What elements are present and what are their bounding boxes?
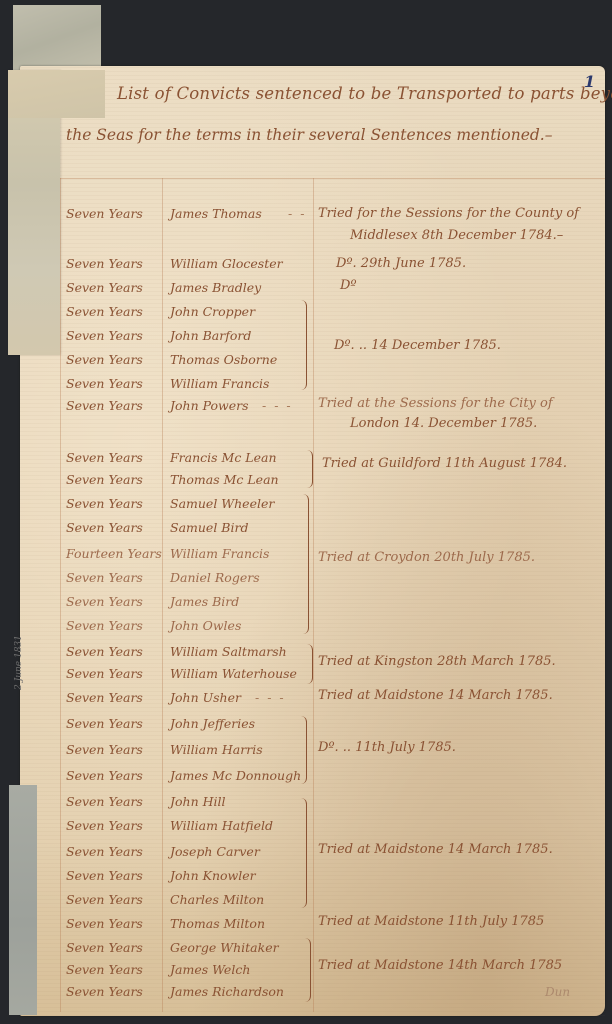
conservation-tape-corner bbox=[8, 70, 105, 118]
sentence-term: Seven Years bbox=[66, 690, 143, 705]
convict-name: John Cropper bbox=[170, 304, 255, 319]
document-title-line1: List of Convicts sentenced to be Transpo… bbox=[117, 84, 587, 103]
convict-name: John Barford bbox=[170, 328, 251, 343]
sentence-term: Seven Years bbox=[66, 666, 143, 681]
convict-name: John Jefferies bbox=[170, 716, 255, 731]
sentence-term: Seven Years bbox=[66, 352, 143, 367]
sentence-term: Seven Years bbox=[66, 916, 143, 931]
convict-name: James Bird bbox=[170, 594, 239, 609]
trial-note: Tried at Maidstone 14 March 1785. bbox=[318, 688, 553, 703]
grouping-brace bbox=[306, 644, 313, 684]
document-title-line2: the Seas for the terms in their several … bbox=[66, 126, 586, 144]
convict-name: William Waterhouse bbox=[170, 666, 297, 681]
convict-name: Francis Mc Lean bbox=[170, 450, 277, 465]
sentence-term: Seven Years bbox=[66, 644, 143, 659]
sentence-term: Seven Years bbox=[66, 594, 143, 609]
grouping-brace bbox=[300, 798, 307, 908]
group-note: Dº. .. 11th July 1785. bbox=[318, 740, 456, 755]
convict-name: James Richardson bbox=[170, 984, 284, 999]
sentence-term: Seven Years bbox=[66, 398, 143, 413]
convict-name: Joseph Carver bbox=[170, 844, 260, 859]
sentence-term: Seven Years bbox=[66, 280, 143, 295]
conservation-tape-top bbox=[13, 5, 101, 73]
sentence-term: Seven Years bbox=[66, 868, 143, 883]
sentence-term: Seven Years bbox=[66, 940, 143, 955]
convict-name: George Whitaker bbox=[170, 940, 279, 955]
trial-note: Tried for the Sessions for the County of bbox=[318, 206, 579, 221]
convict-name: James Bradley bbox=[170, 280, 261, 295]
grouping-brace bbox=[302, 494, 309, 634]
convict-name: Samuel Bird bbox=[170, 520, 248, 535]
sentence-term: Seven Years bbox=[66, 984, 143, 999]
sentence-term: Seven Years bbox=[66, 892, 143, 907]
sentence-term: Seven Years bbox=[66, 450, 143, 465]
sentence-term: Seven Years bbox=[66, 496, 143, 511]
trial-note: Tried at the Sessions for the City of bbox=[318, 396, 553, 411]
convict-name: Thomas Mc Lean bbox=[170, 472, 279, 487]
sentence-term: Seven Years bbox=[66, 376, 143, 391]
sentence-term: Seven Years bbox=[66, 962, 143, 977]
convict-name: John Hill bbox=[170, 794, 226, 809]
group-note: Tried at Guildford 11th August 1784. bbox=[322, 456, 567, 471]
grouping-brace bbox=[306, 450, 313, 488]
convict-name: James Welch bbox=[170, 962, 250, 977]
table-row: Seven Years James Bradley bbox=[0, 280, 612, 302]
trial-note-cont: London 14. December 1785. bbox=[350, 416, 537, 431]
convict-name: Thomas Milton bbox=[170, 916, 265, 931]
trial-note: Tried at Maidstone 11th July 1785 bbox=[318, 914, 544, 929]
convict-name: James Thomas bbox=[170, 206, 262, 221]
corner-annotation: Dun bbox=[545, 985, 570, 999]
table-row: Seven Years William Glocester bbox=[0, 256, 612, 278]
grouping-brace bbox=[300, 716, 307, 784]
sentence-term: Seven Years bbox=[66, 256, 143, 271]
sentence-term: Seven Years bbox=[66, 304, 143, 319]
convict-name: Thomas Osborne bbox=[170, 352, 277, 367]
convict-name: William Hatfield bbox=[170, 818, 273, 833]
sentence-term: Seven Years bbox=[66, 794, 143, 809]
convict-name: William Francis bbox=[170, 376, 269, 391]
sentence-term: Seven Years bbox=[66, 716, 143, 731]
convict-name: John Usher bbox=[170, 690, 241, 705]
convict-name: William Harris bbox=[170, 742, 263, 757]
convict-name: William Glocester bbox=[170, 256, 283, 271]
convict-name: John Knowler bbox=[170, 868, 256, 883]
sentence-term: Seven Years bbox=[66, 768, 143, 783]
sentence-term: Seven Years bbox=[66, 742, 143, 757]
header-rule bbox=[60, 178, 605, 179]
group-note: Tried at Kingston 28th March 1785. bbox=[318, 654, 556, 669]
sentence-term: Seven Years bbox=[66, 520, 143, 535]
group-note: Tried at Maidstone 14 March 1785. bbox=[318, 842, 553, 857]
grouping-brace bbox=[300, 300, 307, 390]
convict-name: John Owles bbox=[170, 618, 241, 633]
convict-name: William Francis bbox=[170, 546, 269, 561]
sentence-term: Seven Years bbox=[66, 844, 143, 859]
trial-note-cont: Middlesex 8th December 1784.– bbox=[350, 228, 563, 243]
sentence-term: Fourteen Years bbox=[66, 546, 162, 561]
dash-filler: - - - bbox=[262, 398, 293, 413]
convict-name: John Powers bbox=[170, 398, 249, 413]
dash-filler: - - bbox=[288, 206, 306, 221]
group-note: Tried at Croydon 20th July 1785. bbox=[318, 550, 535, 565]
group-note: Tried at Maidstone 14th March 1785 bbox=[318, 958, 562, 973]
convict-name: Charles Milton bbox=[170, 892, 264, 907]
sentence-term: Seven Years bbox=[66, 618, 143, 633]
grouping-brace bbox=[304, 938, 311, 1002]
group-note: Dº. .. 14 December 1785. bbox=[334, 338, 501, 353]
convict-name: William Saltmarsh bbox=[170, 644, 287, 659]
sentence-term: Seven Years bbox=[66, 472, 143, 487]
sentence-term: Seven Years bbox=[66, 328, 143, 343]
convict-name: Daniel Rogers bbox=[170, 570, 260, 585]
sentence-term: Seven Years bbox=[66, 818, 143, 833]
trial-note: Dº bbox=[340, 278, 357, 293]
dash-filler: - - - bbox=[255, 690, 286, 705]
sentence-term: Seven Years bbox=[66, 570, 143, 585]
convict-name: James Mc Donnough bbox=[170, 768, 301, 783]
trial-note: Dº. 29th June 1785. bbox=[336, 256, 466, 271]
convict-name: Samuel Wheeler bbox=[170, 496, 274, 511]
sentence-term: Seven Years bbox=[66, 206, 143, 221]
